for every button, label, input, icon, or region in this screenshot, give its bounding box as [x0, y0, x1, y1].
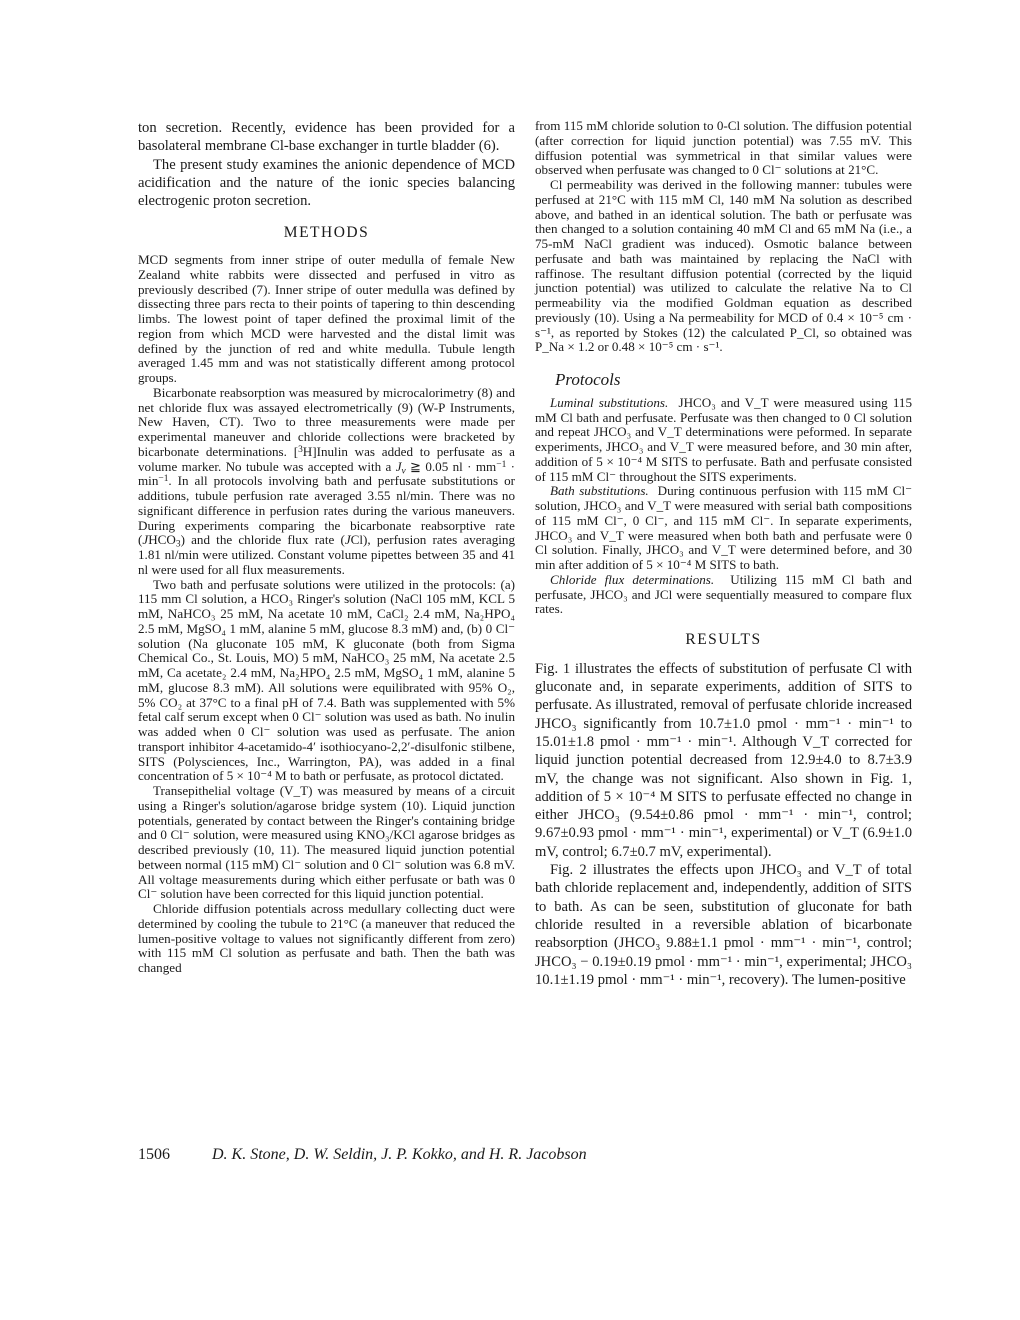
methods-paragraph-1: MCD segments from inner stripe of outer …	[138, 253, 515, 386]
bath-substitutions-title: Bath substitutions.	[550, 483, 649, 498]
left-column: ton secretion. Recently, evidence has be…	[138, 119, 515, 976]
bath-substitutions-paragraph: Bath substitutions. During continuous pe…	[535, 484, 912, 573]
page-footer: 1506 D. K. Stone, D. W. Seldin, J. P. Ko…	[138, 1146, 587, 1164]
diffusion-paragraph: from 115 mM chloride solution to 0-Cl so…	[535, 119, 912, 178]
chloride-flux-title: Chloride flux determinations.	[550, 572, 714, 587]
methods-paragraph-4: Transepithelial voltage (V_T) was measur…	[138, 784, 515, 902]
page-number: 1506	[138, 1146, 208, 1164]
luminal-substitutions-title: Luminal substitutions.	[550, 395, 668, 410]
chloride-flux-paragraph: Chloride flux determinations. Utilizing …	[535, 573, 912, 617]
methods-heading: METHODS	[138, 226, 515, 241]
luminal-substitutions-paragraph: Luminal substitutions. JHCO₃ and V_T wer…	[535, 396, 912, 485]
results-paragraph-2: Fig. 2 illustrates the effects upon JHCO…	[535, 861, 912, 989]
methods-paragraph-2: Bicarbonate reabsorption was measured by…	[138, 386, 515, 578]
intro-paragraph-2: The present study examines the anionic d…	[138, 156, 515, 211]
permeability-paragraph: Cl permeability was derived in the follo…	[535, 178, 912, 355]
methods-paragraph-3: Two bath and perfusate solutions were ut…	[138, 578, 515, 785]
results-paragraph-1: Fig. 1 illustrates the effects of substi…	[535, 660, 912, 861]
protocols-heading: Protocols	[555, 373, 912, 388]
right-column: from 115 mM chloride solution to 0-Cl so…	[535, 119, 912, 989]
intro-paragraph-1: ton secretion. Recently, evidence has be…	[138, 119, 515, 156]
methods-paragraph-5: Chloride diffusion potentials across med…	[138, 902, 515, 976]
results-heading: RESULTS	[535, 633, 912, 648]
running-authors: D. K. Stone, D. W. Seldin, J. P. Kokko, …	[212, 1146, 587, 1163]
journal-page: ton secretion. Recently, evidence has be…	[0, 0, 1020, 1320]
